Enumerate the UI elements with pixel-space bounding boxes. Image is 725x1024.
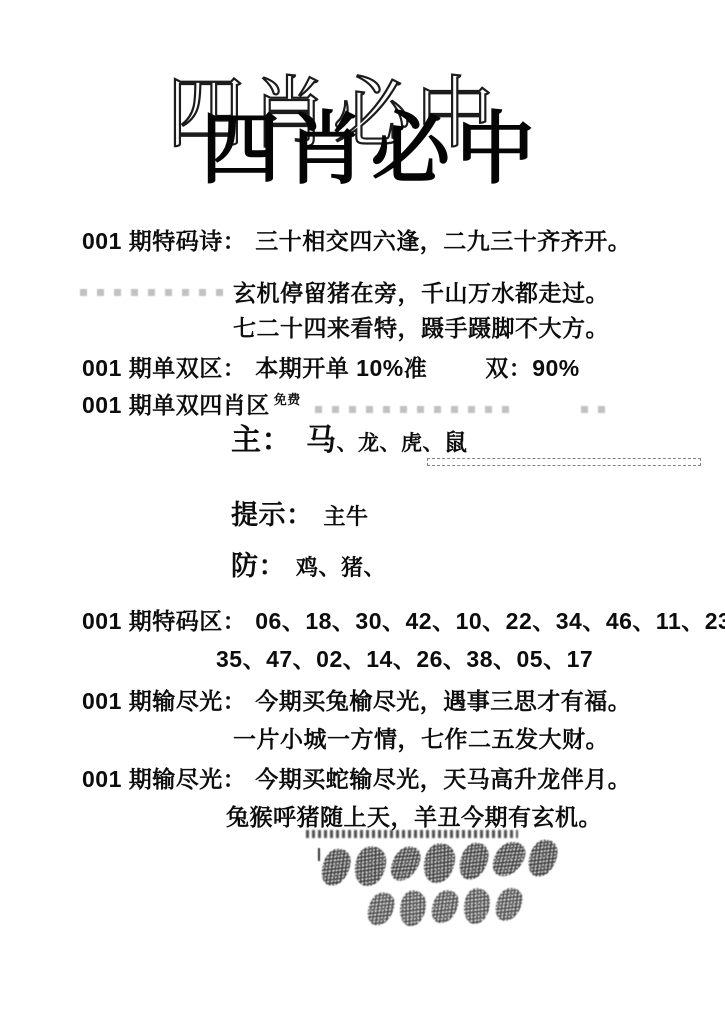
special-number-zone-row2: 35、47、02、14、26、38、05、17 <box>216 646 593 672</box>
stamp-blob <box>489 841 529 878</box>
dashed-underline-box <box>427 458 701 466</box>
losing-light-1-line1: 今期买兔榆尽光，遇事三思才有福。 <box>255 688 631 714</box>
erased-text-smudge <box>581 406 609 413</box>
hint-value: 主牛 <box>324 504 369 529</box>
special-code-poem-row: 001 期特码诗： 三十相交四六逢，二九三十齐齐开。 <box>82 228 631 254</box>
stamp-blob <box>457 841 490 881</box>
guard-row: 防： 鸡、猪、 <box>231 551 386 582</box>
special-code-poem-line1: 三十相交四六逢，二九三十齐齐开。 <box>255 228 631 254</box>
special-code-poem-row3: 七二十四来看特，蹑手蹑脚不大方。 <box>233 315 609 341</box>
odd-even-zone-label: 001 期单双区： <box>82 355 246 381</box>
lottery-tip-sheet-page: 四肖必中 四肖必中 001 期特码诗： 三十相交四六逢，二九三十齐齐开。 玄机停… <box>0 0 725 1024</box>
special-number-zone-row: 001 期特码区： 06、18、30、42、10、22、34、46、11、23、 <box>82 608 725 634</box>
odd-value: 本期开单 10%准 <box>255 355 427 381</box>
even-value: 双：90% <box>485 355 580 381</box>
main-zodiac-secondary: 、龙、虎、 <box>337 432 445 456</box>
guard-value: 鸡、猪、 <box>296 555 386 580</box>
stamp-blob <box>354 844 386 888</box>
illegible-tiny-text-smudge <box>306 830 518 838</box>
special-code-poem-line2: 玄机停留猪在旁，千山万水都走过。 <box>233 280 609 306</box>
special-code-poem-line3: 七二十四来看特，蹑手蹑脚不大方。 <box>233 315 609 341</box>
losing-light-2-line1: 今期买蛇输尽光，天马高升龙伴月。 <box>255 766 631 792</box>
censored-stamp-row-1 <box>321 836 558 886</box>
losing-light-row-1: 001 期输尽光： 今期买兔榆尽光，遇事三思才有福。 <box>82 688 631 714</box>
erased-text-smudge <box>315 406 515 413</box>
stamp-blob <box>400 889 427 928</box>
stamp-blob <box>526 838 559 878</box>
odd-even-zone-row: 001 期单双区： 本期开单 10%准 双：90% <box>82 355 580 381</box>
losing-light-row-2b: 兔猴呼猪随上天，羊丑今期有玄机。 <box>226 804 602 830</box>
stamp-blob <box>366 891 397 927</box>
special-numbers-line2: 35、47、02、14、26、38、05、17 <box>216 646 593 672</box>
stamp-blob <box>493 886 524 922</box>
special-code-poem-label: 001 期特码诗： <box>82 228 246 254</box>
censored-stamp-row-2 <box>367 884 522 925</box>
losing-light-label-1: 001 期输尽光： <box>82 688 246 714</box>
special-number-zone-label: 001 期特码区： <box>82 608 246 634</box>
stamp-blob <box>387 845 424 882</box>
losing-light-row-1b: 一片小城一方情，七作二五发大财。 <box>233 726 609 752</box>
main-label: 主： <box>231 424 292 459</box>
main-zodiac-primary: 马 <box>306 424 337 459</box>
page-title: 四肖必中 <box>201 109 541 188</box>
losing-light-2-line2: 兔猴呼猪随上天，羊丑今期有玄机。 <box>226 804 602 830</box>
main-zodiac-row: 主： 马 、龙、虎、 鼠 <box>231 424 468 459</box>
losing-light-1-line2: 一片小城一方情，七作二五发大财。 <box>233 726 609 752</box>
special-code-poem-row2: 玄机停留猪在旁，千山万水都走过。 <box>233 280 609 306</box>
hint-label: 提示： <box>231 500 314 531</box>
free-badge: 免费 <box>274 393 301 408</box>
main-zodiac-last: 鼠 <box>444 429 468 455</box>
special-numbers-line1: 06、18、30、42、10、22、34、46、11、23、 <box>255 608 725 634</box>
losing-light-row-2: 001 期输尽光： 今期买蛇输尽光，天马高升龙伴月。 <box>82 766 631 792</box>
guard-label: 防： <box>231 551 286 582</box>
stamp-blob <box>320 847 353 887</box>
stamp-blob <box>430 889 461 925</box>
four-zodiac-zone-label: 001 期单双四肖区 <box>82 392 270 418</box>
stamp-stray-mark <box>318 848 320 861</box>
four-zodiac-zone-row: 001 期单双四肖区 免费 <box>82 392 609 418</box>
erased-text-smudge <box>80 289 232 296</box>
stamp-blob <box>423 841 455 885</box>
hint-row: 提示： 主牛 <box>231 500 369 531</box>
losing-light-label-2: 001 期输尽光： <box>82 766 246 792</box>
stamp-blob <box>464 886 491 925</box>
